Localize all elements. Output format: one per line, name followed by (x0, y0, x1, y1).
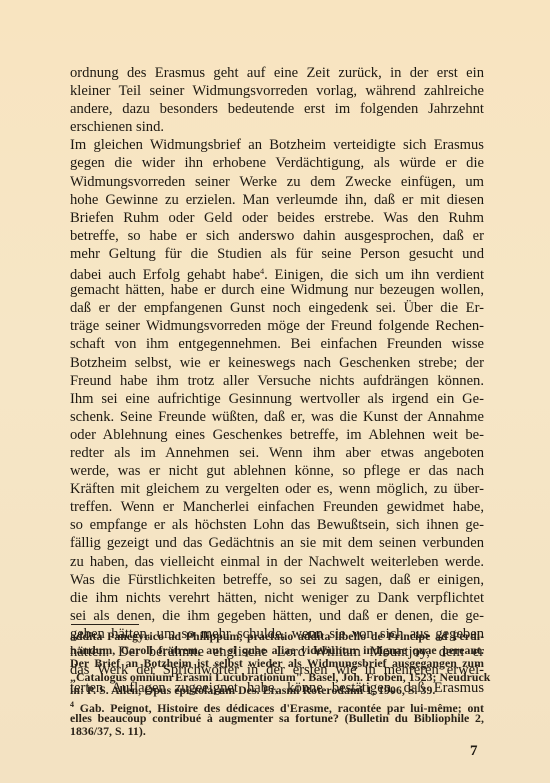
footnote-line: in: P. S. Allen, Opus epistolarum Des. E… (70, 684, 484, 698)
text-line: schaft von ihm entgegennehmen. Bei einfa… (70, 335, 484, 353)
footnote-line: 1836/37, S. 11). (70, 725, 484, 739)
text-line: schenk. Seine Freunde wüßten, daß er, wa… (70, 408, 484, 426)
text-line: Briefen Ruhm oder Geld oder beides erstr… (70, 209, 484, 227)
footnote-line: nandum, Caroli fratrem, aut si quae alia… (70, 644, 484, 658)
text-line: mehr Geltung für die Studien als für sei… (70, 245, 484, 263)
body-text: ordnung des Erasmus geht auf eine Zeit z… (70, 64, 484, 697)
text-line: gegen die wider ihn erhobene Verdächtigu… (70, 154, 484, 172)
text-line-with-footnote-ref: dabei auch Erfolg gehabt habe4. Einigen,… (70, 263, 484, 281)
footnote-line: Der Brief an Botzheim ist selbst wieder … (70, 657, 484, 671)
text-line: daß er der empfangenen Gunst noch einged… (70, 299, 484, 317)
text-line: Widmungsvorreden seiner Werke zu dem Zwe… (70, 173, 484, 191)
footnote-4-line: 4 Gab. Peignot, Histoire des dédicaces d… (70, 698, 484, 712)
text-line: treffen. Wenn er Mancherlei einfachen Fr… (70, 498, 484, 516)
book-page: ordnung des Erasmus geht auf eine Zeit z… (0, 0, 550, 783)
text-line: Kräften mit gleichem zu vergelten oder e… (70, 480, 484, 498)
text-line: oder Ablehnung eines Geschenkes betreffe… (70, 426, 484, 444)
footnote-line: addita Panegyrico ad Philippum, praefati… (70, 630, 484, 644)
text-line: Freund habe ihm trotz aller Versuche nic… (70, 372, 484, 390)
text-line: Im gleichen Widmungsbrief an Botzheim ve… (70, 136, 484, 154)
text-line: hohe Gewinne zu erzielen. Man verleumde … (70, 191, 484, 209)
text-line: so empfange er als höchsten Lohn das Bew… (70, 516, 484, 534)
text-line: werde, was er nicht gut ablehnen könne, … (70, 462, 484, 480)
page-number: 7 (470, 743, 478, 760)
text-line: zu haben, das vielleicht einmal in der N… (70, 553, 484, 571)
text-line: Was die Fürstlichkeiten betreffe, so sei… (70, 571, 484, 589)
text-line: betreffe, so habe er sich anderswo dahin… (70, 227, 484, 245)
footnotes: addita Panegyrico ad Philippum, praefati… (70, 630, 484, 739)
text-line: fällig gezeigt und das Gedächtnis an sie… (70, 534, 484, 552)
text-line: sei als denen, die ihm gegeben hätten, u… (70, 607, 484, 625)
footnote-separator-rule (71, 624, 139, 625)
text-line: die ihm nichts verehrt hätten, nicht wen… (70, 589, 484, 607)
text-line: träge seiner Widmungsvorreden möge der F… (70, 317, 484, 335)
text-line: erschienen sind. (70, 118, 484, 136)
text-line: andere, dazu besonders bedeutende erst i… (70, 100, 484, 118)
text-line: redter als im Annehmen sei. Wenn ihm abe… (70, 444, 484, 462)
footnote-marker: 4 (70, 700, 74, 709)
footnote-line: „Catalogus omnium Erasmi Lucubrationum".… (70, 671, 484, 685)
text-line: Ihm sei eine aufrichtige Gesinnung wertv… (70, 390, 484, 408)
text-line: ordnung des Erasmus geht auf eine Zeit z… (70, 64, 484, 82)
text-line: gemacht hätten, habe er durch eine Widmu… (70, 281, 484, 299)
text-line: Botzheim selbst, wie er keineswegs nach … (70, 354, 484, 372)
text-line: kleiner Teil seiner Widmungsvorreden vor… (70, 82, 484, 100)
footnote-line: elles beaucoup contribué à augmenter sa … (70, 712, 484, 726)
